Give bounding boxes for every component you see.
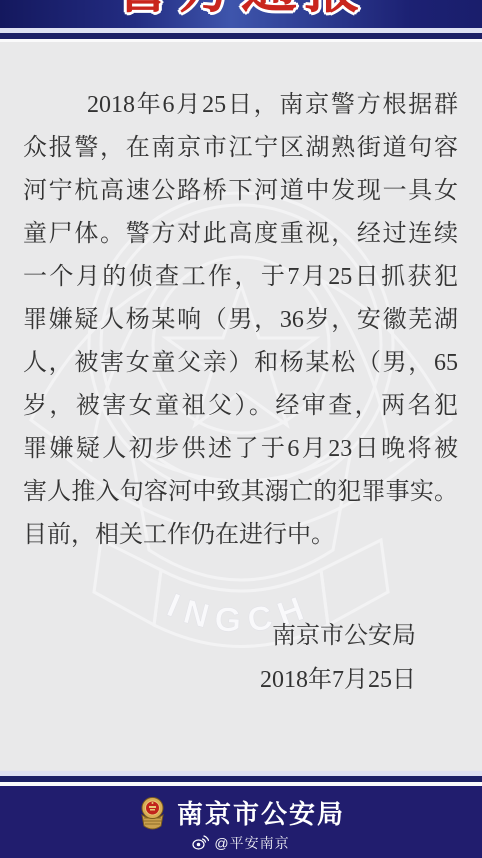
footer-agency-row: 南京市公安局 [137, 796, 345, 832]
notice-line: 目前，相关工作仍在进行中。 [23, 514, 458, 557]
signature-block: 南京市公安局 2018年7月25日 [23, 614, 458, 702]
police-badge-icon [137, 796, 168, 832]
signature-agency: 南京市公安局 [23, 614, 416, 658]
notice-line: 众报警，在南京市江宁区湖熟街道句容 [23, 127, 458, 170]
notice-line: 岁，被害女童祖父）。经审查，两名犯 [23, 385, 458, 428]
notice-line: 罪嫌疑人杨某响（男，36岁，安徽芜湖 [23, 299, 458, 342]
page-title: 警方通报 [0, 0, 482, 18]
footer-weibo-row: @平安南京 [192, 833, 289, 853]
weibo-handle: @平安南京 [214, 833, 289, 853]
notice-line: 童尸体。警方对此高度重视，经过连续 [23, 213, 458, 256]
notice-line: 害人推入句容河中致其溺亡的犯罪事实。 [23, 471, 458, 514]
notice-body: JINGCHA 2018年6月25日，南京警方根据群 众报警，在南京市江宁区湖熟… [0, 42, 482, 771]
notice-text: 2018年6月25日，南京警方根据群 众报警，在南京市江宁区湖熟街道句容 河宁杭… [0, 42, 482, 771]
notice-line: 人，被害女童父亲）和杨某松（男，65 [23, 342, 458, 385]
notice-line: 河宁杭高速公路桥下河道中发现一具女 [23, 170, 458, 213]
notice-line: 2018年6月25日，南京警方根据群 [23, 84, 458, 127]
notice-line: 罪嫌疑人初步供述了于6月23日晚将被 [23, 428, 458, 471]
notice-line: 一个月的侦查工作，于7月25日抓获犯 [23, 256, 458, 299]
title-banner: 警方通报 [0, 0, 482, 28]
footer-agency-name: 南京市公安局 [177, 797, 345, 831]
police-notice-page: 警方通报 [0, 0, 482, 858]
signature-date: 2018年7月25日 [23, 658, 416, 702]
weibo-icon [192, 835, 209, 850]
footer-bar: 南京市公安局 @平安南京 [0, 786, 482, 858]
